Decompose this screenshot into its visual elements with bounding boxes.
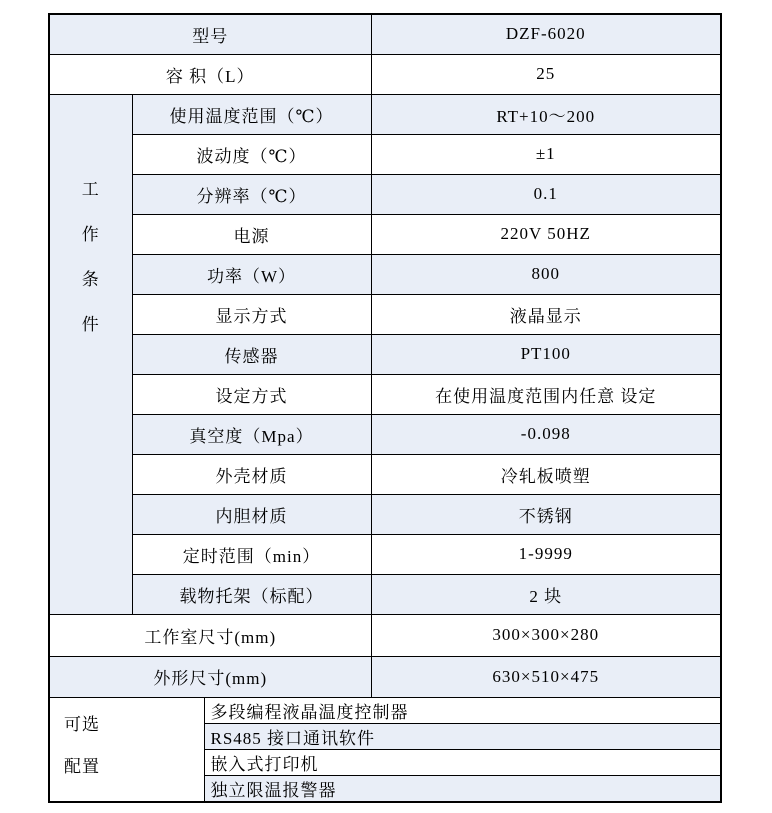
spec-value-cell: 630×510×475 xyxy=(371,656,721,697)
spec-value-cell: 300×300×280 xyxy=(371,614,721,656)
working-conditions-group-cell: 工作条件 xyxy=(49,94,132,614)
spec-label-cell: 分辨率（℃） xyxy=(132,174,371,214)
optional-config-item-cell: RS485 接口通讯软件 xyxy=(204,723,721,749)
spec-label-cell: 外壳材质 xyxy=(132,454,371,494)
optional-config-item-cell: 多段编程液晶温度控制器 xyxy=(204,697,721,723)
table-row: 工作条件 使用温度范围（℃） RT+10～200 xyxy=(49,94,721,134)
spec-label-cell: 真空度（Mpa） xyxy=(132,414,371,454)
spec-value-cell: DZF-6020 xyxy=(371,14,721,54)
spec-value-cell: 25 xyxy=(371,54,721,94)
spec-value-cell: RT+10～200 xyxy=(371,94,721,134)
spec-label-cell: 载物托架（标配） xyxy=(132,574,371,614)
spec-label-cell: 功率（W） xyxy=(132,254,371,294)
spec-value-cell: 220V 50HZ xyxy=(371,214,721,254)
spec-label-cell: 容 积（L） xyxy=(49,54,371,94)
spec-label-cell: 定时范围（min） xyxy=(132,534,371,574)
table-row: 设定方式 在使用温度范围内任意 设定 xyxy=(49,374,721,414)
spec-value-cell: 液晶显示 xyxy=(371,294,721,334)
spec-value-cell: -0.098 xyxy=(371,414,721,454)
spec-label-cell: 工作室尺寸(mm) xyxy=(49,614,371,656)
working-conditions-group-label: 工作条件 xyxy=(81,167,101,347)
spec-value-cell: 1-9999 xyxy=(371,534,721,574)
table-row: 外形尺寸(mm) 630×510×475 xyxy=(49,656,721,697)
spec-label-cell: 显示方式 xyxy=(132,294,371,334)
spec-label-cell: 波动度（℃） xyxy=(132,134,371,174)
table-row: 型号 DZF-6020 xyxy=(49,14,721,54)
spec-label-cell: 型号 xyxy=(49,14,371,54)
spec-value-cell: 800 xyxy=(371,254,721,294)
table-row: 载物托架（标配） 2 块 xyxy=(49,574,721,614)
spec-table: 型号 DZF-6020 容 积（L） 25 工作条件 使用温度范围（℃） RT+… xyxy=(48,13,722,803)
spec-value-cell: 0.1 xyxy=(371,174,721,214)
spec-label-cell: 电源 xyxy=(132,214,371,254)
table-row: 功率（W） 800 xyxy=(49,254,721,294)
spec-value-cell: 不锈钢 xyxy=(371,494,721,534)
table-row: 容 积（L） 25 xyxy=(49,54,721,94)
table-row: 真空度（Mpa） -0.098 xyxy=(49,414,721,454)
spec-value-cell: PT100 xyxy=(371,334,721,374)
optional-config-item-cell: 独立限温报警器 xyxy=(204,775,721,802)
spec-value-cell: 2 块 xyxy=(371,574,721,614)
spec-label-cell: 传感器 xyxy=(132,334,371,374)
spec-label-cell: 设定方式 xyxy=(132,374,371,414)
table-row: 内胆材质 不锈钢 xyxy=(49,494,721,534)
table-row: 定时范围（min） 1-9999 xyxy=(49,534,721,574)
spec-value-cell: ±1 xyxy=(371,134,721,174)
spec-value-cell: 在使用温度范围内任意 设定 xyxy=(371,374,721,414)
table-row: 工作室尺寸(mm) 300×300×280 xyxy=(49,614,721,656)
spec-label-cell: 外形尺寸(mm) xyxy=(49,656,371,697)
table-row: 显示方式 液晶显示 xyxy=(49,294,721,334)
table-row: 外壳材质 冷轧板喷塑 xyxy=(49,454,721,494)
table-row: 可选配置 多段编程液晶温度控制器 xyxy=(49,697,721,723)
optional-config-group-label: 可选配置 xyxy=(64,704,104,788)
table-row: 分辨率（℃） 0.1 xyxy=(49,174,721,214)
spec-label-cell: 内胆材质 xyxy=(132,494,371,534)
optional-config-group-cell: 可选配置 xyxy=(49,697,204,802)
table-row: 电源 220V 50HZ xyxy=(49,214,721,254)
table-row: 传感器 PT100 xyxy=(49,334,721,374)
spec-label-cell: 使用温度范围（℃） xyxy=(132,94,371,134)
optional-config-item-cell: 嵌入式打印机 xyxy=(204,749,721,775)
table-row: 波动度（℃） ±1 xyxy=(49,134,721,174)
spec-value-cell: 冷轧板喷塑 xyxy=(371,454,721,494)
